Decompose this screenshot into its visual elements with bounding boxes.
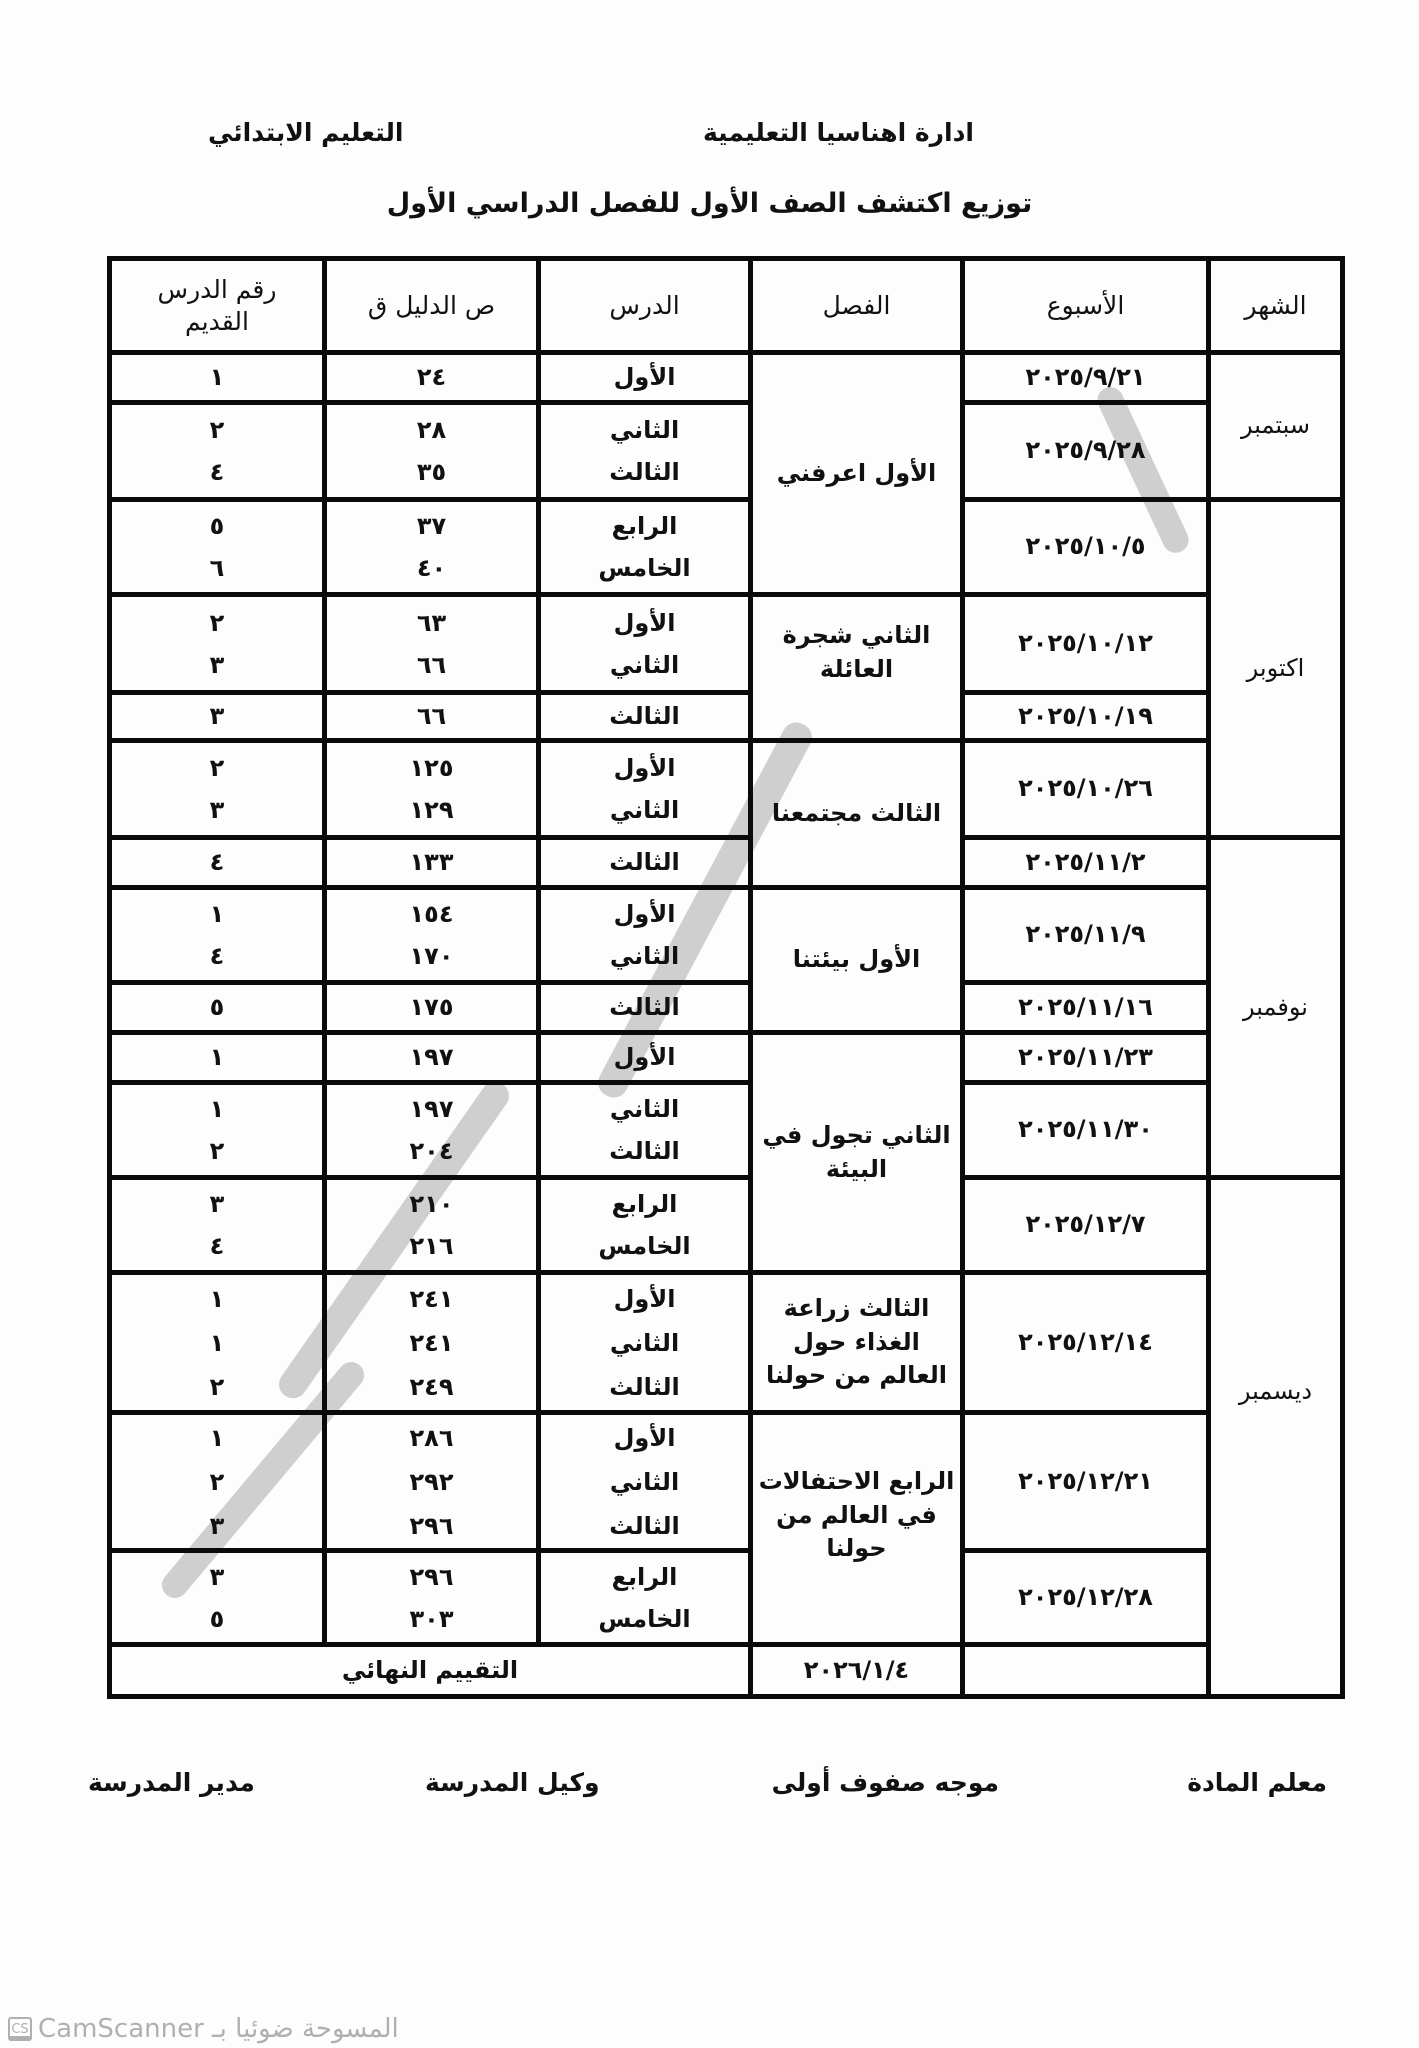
signature-deputy: وكيل المدرسة bbox=[425, 1768, 600, 1797]
unit-cell: الثالث مجتمعنا bbox=[751, 741, 963, 888]
page-cell: ٢٤ bbox=[325, 353, 539, 403]
lesson-cell: الأول bbox=[539, 353, 751, 403]
old-lesson-cell: ٣٤ bbox=[110, 1178, 325, 1273]
table-row: سبتمبر ٢٠٢٥/٩/٢١ الأول اعرفني الأول ٢٤ ١ bbox=[110, 353, 1343, 403]
table-row: ٢٠٢٥/١٢/٢١ الرابع الاحتفالات في العالم م… bbox=[110, 1413, 1343, 1551]
week-cell: ٢٠٢٥/١٠/٢٦ bbox=[963, 741, 1209, 838]
camscanner-text: المسوحة ضوئيا بـ CamScanner bbox=[38, 2014, 399, 2044]
col-page: ص الدليل ق bbox=[325, 259, 539, 353]
signature-supervisor: موجه صفوف أولى bbox=[772, 1768, 999, 1797]
old-lesson-cell: ٢٣ bbox=[110, 741, 325, 838]
table-row: ٢٠٢٥/١٢/١٤ الثالث زراعة الغذاء حول العال… bbox=[110, 1273, 1343, 1413]
unit-cell: الأول بيئتنا bbox=[751, 888, 963, 1033]
month-cell: سبتمبر bbox=[1209, 353, 1343, 500]
week-cell: ٢٠٢٥/١٠/١٢ bbox=[963, 595, 1209, 693]
old-lesson-cell: ٢٤ bbox=[110, 403, 325, 500]
signature-principal: مدير المدرسة bbox=[88, 1768, 255, 1797]
signature-teacher: معلم المادة bbox=[1187, 1768, 1327, 1797]
table-row: ٢٠٢٥/١٢/٢٨ الرابعالخامس ٢٩٦٣٠٣ ٣٥ bbox=[110, 1551, 1343, 1645]
page-cell: ٢٨٦٢٩٢٢٩٦ bbox=[325, 1413, 539, 1551]
table-header-row: الشهر الأسبوع الفصل الدرس ص الدليل ق رقم… bbox=[110, 259, 1343, 353]
table-row: ٢٠٢٥/١١/٢٣ الثاني تجول في البيئة الأول ١… bbox=[110, 1033, 1343, 1083]
lesson-cell: الأولالثاني bbox=[539, 888, 751, 983]
week-cell: ٢٠٢٥/١٠/٥ bbox=[963, 500, 1209, 595]
table-row: ٢٠٢٥/١١/١٦ الثالث ١٧٥ ٥ bbox=[110, 983, 1343, 1033]
lesson-cell: الثانيالثالث bbox=[539, 1083, 751, 1178]
page-cell: ١٧٥ bbox=[325, 983, 539, 1033]
camscanner-footer: CS المسوحة ضوئيا بـ CamScanner bbox=[8, 2014, 399, 2044]
page-cell: ٢٨٣٥ bbox=[325, 403, 539, 500]
col-old-lesson-line1: رقم الدرس bbox=[116, 274, 318, 305]
week-cell: ٢٠٢٦/١/٤ bbox=[751, 1645, 963, 1697]
col-old-lesson: رقم الدرس القديم bbox=[110, 259, 325, 353]
old-lesson-cell: ١ bbox=[110, 1033, 325, 1083]
unit-cell: الأول اعرفني bbox=[751, 353, 963, 595]
lesson-cell: الرابعالخامس bbox=[539, 1551, 751, 1645]
page-title: توزيع اكتشف الصف الأول للفصل الدراسي الأ… bbox=[0, 188, 1419, 219]
page-cell: ١٢٥١٢٩ bbox=[325, 741, 539, 838]
month-cell: ديسمبر bbox=[1209, 1178, 1343, 1697]
month-cell: نوفمبر bbox=[1209, 838, 1343, 1178]
page-cell: ٢١٠٢١٦ bbox=[325, 1178, 539, 1273]
lesson-cell: الأولالثاني bbox=[539, 741, 751, 838]
old-lesson-cell: ١١٢ bbox=[110, 1273, 325, 1413]
lesson-cell: الثانيالثالث bbox=[539, 403, 751, 500]
week-cell: ٢٠٢٥/١١/٩ bbox=[963, 888, 1209, 983]
table-row: ٢٠٢٥/١١/٩ الأول بيئتنا الأولالثاني ١٥٤١٧… bbox=[110, 888, 1343, 983]
old-lesson-cell: ١ bbox=[110, 353, 325, 403]
page-cell: ٢٩٦٣٠٣ bbox=[325, 1551, 539, 1645]
camscanner-logo-icon: CS bbox=[8, 2017, 32, 2041]
table-row: اكتوبر ٢٠٢٥/١٠/٥ الرابعالخامس ٣٧٤٠ ٥٦ bbox=[110, 500, 1343, 595]
month-cell: اكتوبر bbox=[1209, 500, 1343, 838]
table-row: ٢٠٢٥/١٠/٢٦ الثالث مجتمعنا الأولالثاني ١٢… bbox=[110, 741, 1343, 838]
lesson-cell: الرابعالخامس bbox=[539, 500, 751, 595]
table-row: ٢٠٢٥/١٠/١٩ الثالث ٦٦ ٣ bbox=[110, 693, 1343, 741]
stage-label: التعليم الابتدائي bbox=[208, 118, 403, 147]
table-row: ٢٠٢٥/١١/٣٠ الثانيالثالث ١٩٧٢٠٤ ١٢ bbox=[110, 1083, 1343, 1178]
old-lesson-cell: ٥٦ bbox=[110, 500, 325, 595]
week-cell: ٢٠٢٥/١٢/٢٨ bbox=[963, 1551, 1209, 1645]
table-row: ٢٠٢٥/٩/٢٨ الثانيالثالث ٢٨٣٥ ٢٤ bbox=[110, 403, 1343, 500]
directorate-label: ادارة اهناسيا التعليمية bbox=[703, 118, 974, 147]
page-cell: ١٥٤١٧٠ bbox=[325, 888, 539, 983]
page-cell: ٣٧٤٠ bbox=[325, 500, 539, 595]
old-lesson-cell: ٤ bbox=[110, 838, 325, 888]
page-cell: ١٩٧٢٠٤ bbox=[325, 1083, 539, 1178]
week-cell: ٢٠٢٥/١٠/١٩ bbox=[963, 693, 1209, 741]
lesson-cell: الثالث bbox=[539, 983, 751, 1033]
lesson-cell: الأولالثاني bbox=[539, 595, 751, 693]
unit-cell: الثالث زراعة الغذاء حول العالم من حولنا bbox=[751, 1273, 963, 1413]
old-lesson-cell: ٣٥ bbox=[110, 1551, 325, 1645]
week-cell: ٢٠٢٥/٩/٢٨ bbox=[963, 403, 1209, 500]
page-cell: ١٩٧ bbox=[325, 1033, 539, 1083]
lesson-cell: الأولالثانيالثالث bbox=[539, 1273, 751, 1413]
page-cell: ٢٤١٢٤١٢٤٩ bbox=[325, 1273, 539, 1413]
week-cell: ٢٠٢٥/١١/٢ bbox=[963, 838, 1209, 888]
table-row: ٢٠٢٥/١٠/١٢ الثاني شجرة العائلة الأولالثا… bbox=[110, 595, 1343, 693]
old-lesson-cell: ١٤ bbox=[110, 888, 325, 983]
final-assessment-row: ٢٠٢٦/١/٤ التقييم النهائي bbox=[110, 1645, 1343, 1697]
page-cell: ١٣٣ bbox=[325, 838, 539, 888]
old-lesson-cell: ٢٣ bbox=[110, 595, 325, 693]
old-lesson-cell: ٣ bbox=[110, 693, 325, 741]
week-cell: ٢٠٢٥/١١/٣٠ bbox=[963, 1083, 1209, 1178]
table-row: ديسمبر ٢٠٢٥/١٢/٧ الرابعالخامس ٢١٠٢١٦ ٣٤ bbox=[110, 1178, 1343, 1273]
col-week: الأسبوع bbox=[963, 259, 1209, 353]
unit-cell: الثاني شجرة العائلة bbox=[751, 595, 963, 741]
lesson-cell: الأولالثانيالثالث bbox=[539, 1413, 751, 1551]
col-month: الشهر bbox=[1209, 259, 1343, 353]
lesson-cell: الثالث bbox=[539, 693, 751, 741]
table-row: نوفمبر ٢٠٢٥/١١/٢ الثالث ١٣٣ ٤ bbox=[110, 838, 1343, 888]
final-assessment-label: التقييم النهائي bbox=[110, 1645, 751, 1697]
page-cell: ٦٦ bbox=[325, 693, 539, 741]
col-unit: الفصل bbox=[751, 259, 963, 353]
week-cell: ٢٠٢٥/١٢/٢١ bbox=[963, 1413, 1209, 1551]
week-cell: ٢٠٢٥/٩/٢١ bbox=[963, 353, 1209, 403]
unit-cell: الثاني تجول في البيئة bbox=[751, 1033, 963, 1273]
old-lesson-cell: ١٢٣ bbox=[110, 1413, 325, 1551]
week-cell: ٢٠٢٥/١١/١٦ bbox=[963, 983, 1209, 1033]
week-cell: ٢٠٢٥/١٢/١٤ bbox=[963, 1273, 1209, 1413]
week-cell: ٢٠٢٥/١١/٢٣ bbox=[963, 1033, 1209, 1083]
old-lesson-cell: ٥ bbox=[110, 983, 325, 1033]
page-cell: ٦٣٦٦ bbox=[325, 595, 539, 693]
old-lesson-cell: ١٢ bbox=[110, 1083, 325, 1178]
lesson-cell: الرابعالخامس bbox=[539, 1178, 751, 1273]
week-cell: ٢٠٢٥/١٢/٧ bbox=[963, 1178, 1209, 1273]
lesson-cell: الأول bbox=[539, 1033, 751, 1083]
schedule-table: الشهر الأسبوع الفصل الدرس ص الدليل ق رقم… bbox=[107, 256, 1345, 1699]
month-cell-empty bbox=[963, 1645, 1209, 1697]
col-old-lesson-line2: القديم bbox=[116, 306, 318, 337]
unit-cell: الرابع الاحتفالات في العالم من حولنا bbox=[751, 1413, 963, 1645]
lesson-cell: الثالث bbox=[539, 838, 751, 888]
col-lesson: الدرس bbox=[539, 259, 751, 353]
